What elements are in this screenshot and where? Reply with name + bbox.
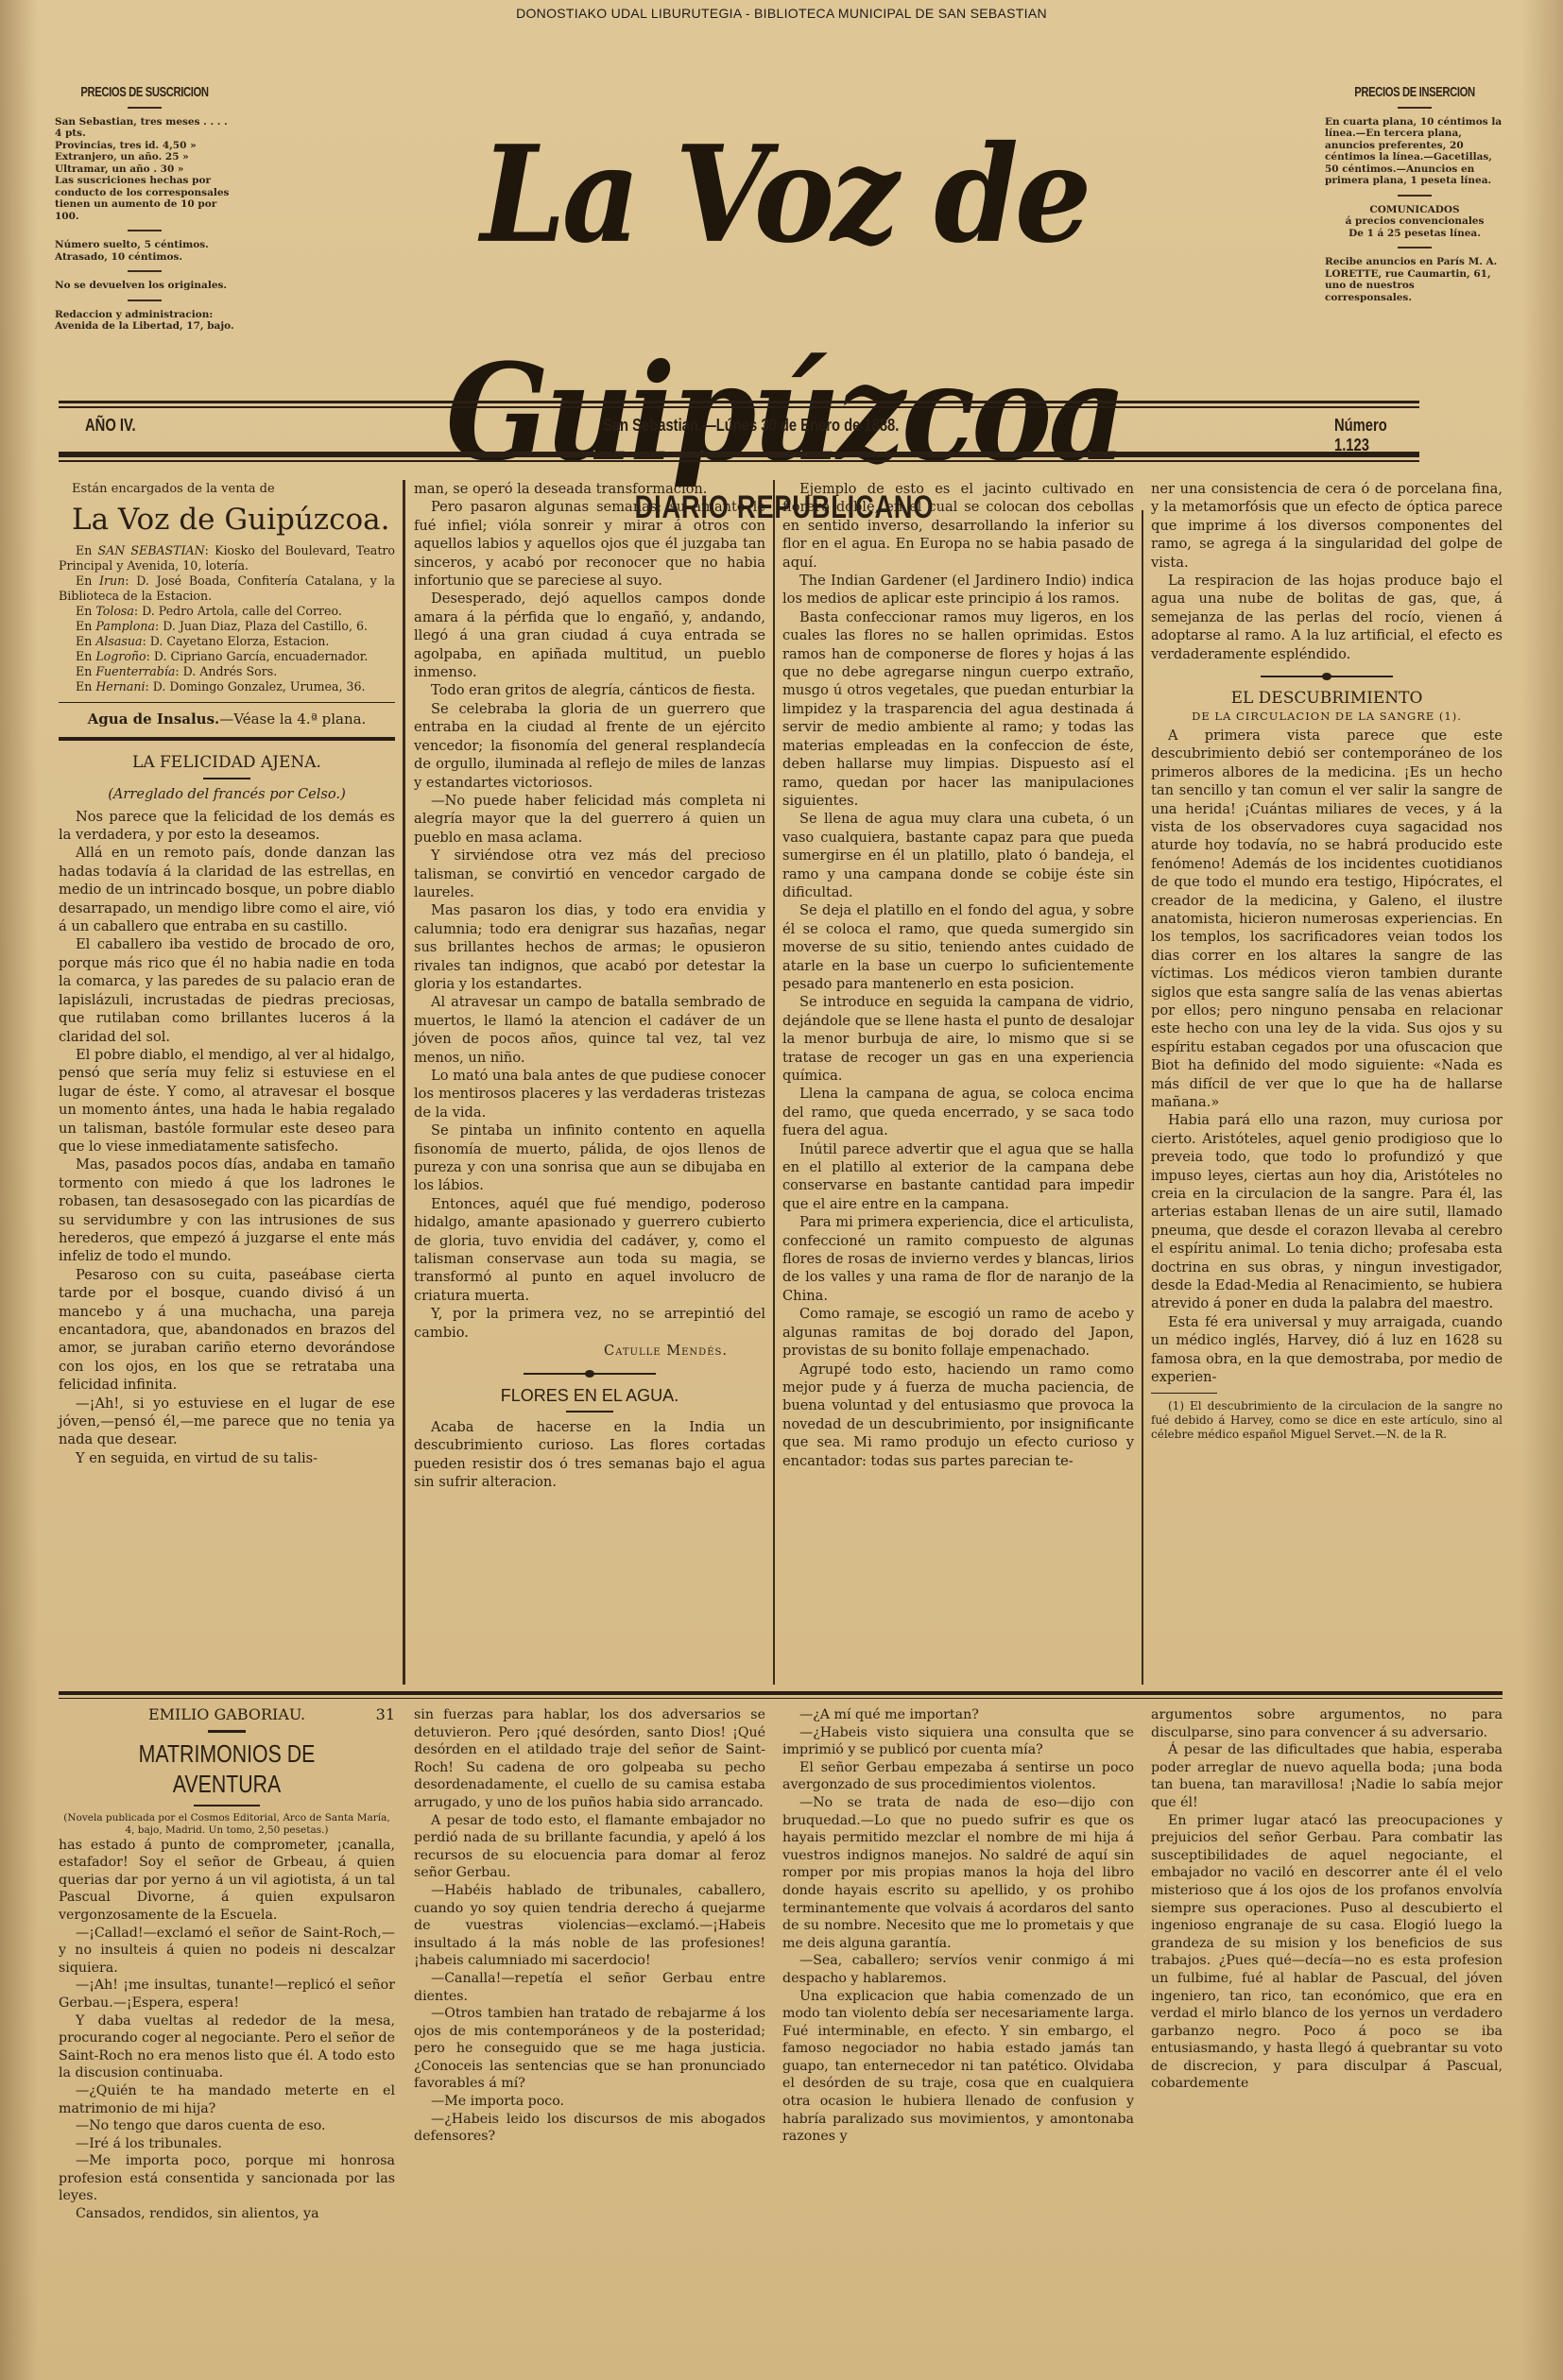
paragraph: En primer lugar atacó las preocupaciones… — [1151, 1812, 1503, 2094]
seller-item: En Hernani: D. Domingo Gonzalez, Urumea,… — [59, 679, 395, 694]
paragraph: —No tengo que daros cuenta de eso. — [59, 2117, 395, 2135]
subscription-line: Extranjero, un año. 25 » — [55, 151, 234, 163]
feuilleton-col-1: EMILIO GABORIAU. 31 MATRIMONIOS DE AVENT… — [59, 1706, 395, 2223]
paragraph: —¡Ah! ¡me insultas, tunante!—replicó el … — [59, 1977, 395, 2012]
paragraph: Acaba de hacerse en la India un descubri… — [414, 1418, 765, 1492]
paragraph: —Me importa poco, porque mi honrosa prof… — [59, 2152, 395, 2205]
column-2: man, se operó la deseada transformacion.… — [414, 480, 765, 1492]
ornament-divider — [524, 1370, 656, 1378]
article-title: FLORES EN EL AGUA. — [414, 1387, 765, 1405]
paragraph: —Sea, caballero; servíos venir conmigo á… — [782, 1952, 1134, 1987]
sellers-intro: Están encargados de la venta de — [72, 480, 395, 498]
ornament-divider — [1261, 673, 1393, 680]
paragraph: —¿Habeis leido los discursos de mis abog… — [414, 2111, 765, 2146]
paragraph: —No se trata de nada de eso—dijo con bru… — [782, 1794, 1134, 1952]
paragraph: Mas pasaron los dias, y todo era envidia… — [414, 901, 765, 993]
feuilleton-col-2: sin fuerzas para hablar, los dos adversa… — [414, 1706, 765, 2146]
feuilleton-author: EMILIO GABORIAU. — [148, 1705, 305, 1723]
paragraph: —¡Ah!, si yo estuviese en el lugar de es… — [59, 1395, 395, 1449]
insertion-title: PRECIOS DE INSERCION — [1348, 87, 1483, 99]
seller-item: En SAN SEBASTIAN: Kiosko del Boulevard, … — [59, 543, 395, 574]
feuilleton-header: EMILIO GABORIAU. 31 — [59, 1706, 395, 1724]
paragraph: Nos parece que la felicidad de los demás… — [59, 808, 395, 845]
single-issue-price: Número suelto, 5 céntimos. Atrasado, 10 … — [55, 239, 234, 263]
paragraph: argumentos sobre argumentos, no para dis… — [1151, 1706, 1503, 1741]
paragraph: Inútil parece advertir que el agua que s… — [782, 1140, 1134, 1214]
paragraph: ner una consistencia de cera ó de porcel… — [1151, 480, 1503, 572]
paragraph: —¡Callad!—exclamó el señor de Saint-Roch… — [59, 1925, 395, 1978]
paragraph: Allá en un remoto país, donde danzan las… — [59, 844, 395, 935]
article-byline: (Arreglado del francés por Celso.) — [59, 785, 395, 803]
paragraph: man, se operó la deseada transformacion. — [414, 480, 765, 498]
masthead: La Voz de Guipúzcoa DIARIO REPUBLICANO — [255, 106, 1314, 342]
paragraph: El caballero iba vestido de brocado de o… — [59, 935, 395, 1045]
paragraph: Se llena de agua muy clara una cubeta, ó… — [782, 810, 1134, 901]
originals-note: No se devuelven los originales. — [55, 280, 234, 292]
paragraph: —Me importa poco. — [414, 2093, 765, 2111]
column-divider — [773, 480, 775, 1685]
paragraph: Pesaroso con su cuita, paseábase cierta … — [59, 1266, 395, 1395]
paragraph: —Otros tambien han tratado de rebajarme … — [414, 2005, 765, 2093]
paragraph: Desesperado, dejó aquellos campos donde … — [414, 590, 765, 681]
feuilleton-col-4: argumentos sobre argumentos, no para dis… — [1151, 1706, 1503, 2093]
paragraph: Lo mató una bala antes de que pudiese co… — [414, 1067, 765, 1122]
paragraph: Entonces, aquél que fué mendigo, poderos… — [414, 1195, 765, 1305]
feuilleton-note: (Novela publicada por el Cosmos Editoria… — [59, 1812, 395, 1837]
feuilleton-rule-thin — [59, 1698, 1503, 1699]
subscription-line: Provincias, tres id. 4,50 » — [55, 140, 234, 152]
subscription-line: San Sebastian, tres meses . . . . 4 pts. — [55, 116, 234, 140]
insertion-box: PRECIOS DE INSERCION En cuarta plana, 10… — [1325, 87, 1504, 303]
top-rule-thin — [59, 406, 1419, 408]
seller-item: En Logroño: D. Cipriano García, encuader… — [59, 649, 395, 664]
paragraph: Llena la campana de agua, se coloca enci… — [782, 1085, 1134, 1139]
feuilleton-col-3: —¿A mí qué me importan? —¿Habeis visto s… — [782, 1706, 1134, 2146]
paragraph: Y daba vueltas al rededor de la mesa, pr… — [59, 2012, 395, 2082]
paragraph: —¿Quién te ha mandado meterte en el matr… — [59, 2082, 395, 2117]
paragraph: A pesar de todo esto, el flamante embaja… — [414, 1812, 765, 1882]
paragraph: A primera vista parece que este descubri… — [1151, 727, 1503, 1112]
paragraph: —No puede haber felicidad más completa n… — [414, 792, 765, 847]
paragraph: sin fuerzas para hablar, los dos adversa… — [414, 1706, 765, 1812]
feuilleton-rule — [59, 1691, 1503, 1695]
column-divider — [403, 480, 405, 1685]
paragraph: Ejemplo de esto es el jacinto cultivado … — [782, 480, 1134, 572]
paragraph: Como ramaje, se escogió un ramo de acebo… — [782, 1305, 1134, 1360]
paragraph: Pero pasaron algunas semanas; su amante … — [414, 498, 765, 590]
paragraph: Y sirviéndose otra vez más del precioso … — [414, 847, 765, 901]
seller-item: En Tolosa: D. Pedro Artola, calle del Co… — [59, 604, 395, 619]
paragraph: has estado á punto de comprometer, ¡cana… — [59, 1837, 395, 1925]
paragraph: El señor Gerbau empezaba á sentirse un p… — [782, 1759, 1134, 1794]
seller-item: En Pamplona: D. Juan Diaz, Plaza del Cas… — [59, 619, 395, 634]
paragraph: Y, por la primera vez, no se arrepintió … — [414, 1305, 765, 1342]
comunicados-line: De 1 á 25 pesetas línea. — [1325, 228, 1504, 240]
paragraph: The Indian Gardener (el Jardinero Indio)… — [782, 572, 1134, 608]
paragraph: Se introduce en seguida la campana de vi… — [782, 993, 1134, 1085]
comunicados-line: á precios convencionales — [1325, 215, 1504, 228]
feuilleton-title: MATRIMONIOS DE AVENTURA — [89, 1738, 365, 1799]
comunicados-title: COMUNICADOS — [1325, 204, 1504, 216]
paragraph: Á pesar de las dificultades que habia, e… — [1151, 1741, 1503, 1811]
paragraph: Se deja el platillo en el fondo del agua… — [782, 901, 1134, 993]
paragraph: Se pintaba un infinito contento en aquel… — [414, 1122, 765, 1195]
footnote: (1) El descubrimiento de la circulacion … — [1151, 1399, 1503, 1442]
paragraph: Cansados, rendidos, sin alientos, ya — [59, 2205, 395, 2223]
paragraph: —¿A mí qué me importan? — [782, 1706, 1134, 1724]
feuilleton-installment: 31 — [376, 1706, 395, 1724]
insertion-rates: En cuarta plana, 10 céntimos la línea.—E… — [1325, 116, 1504, 187]
paragraph: La respiracion de las hojas produce bajo… — [1151, 572, 1503, 663]
volume-year: AÑO IV. — [85, 416, 136, 436]
subscription-box: PRECIOS DE SUSCRICION San Sebastian, tre… — [55, 87, 234, 333]
seller-item: En Alsasua: D. Cayetano Elorza, Estacion… — [59, 634, 395, 649]
bottom-rule — [59, 452, 1419, 457]
top-rule — [59, 401, 1419, 403]
article-subtitle: DE LA CIRCULACION DE LA SANGRE (1). — [1151, 708, 1503, 726]
paragraph: El pobre diablo, el mendigo, al ver al h… — [59, 1046, 395, 1156]
issue-number: Número 1.123 — [1334, 416, 1404, 455]
office-address: Redaccion y administracion: Avenida de l… — [55, 309, 234, 333]
sellers-title: La Voz de Guipúzcoa. — [72, 500, 395, 539]
paragraph: Y en seguida, en virtud de su talis- — [59, 1449, 395, 1467]
paragraph: Todo eran gritos de alegría, cánticos de… — [414, 681, 765, 699]
subscription-line: Las suscriciones hechas por conducto de … — [55, 175, 234, 222]
paragraph: —Iré á los tribunales. — [59, 2135, 395, 2153]
archive-header: DONOSTIAKO UDAL LIBURUTEGIA - BIBLIOTECA… — [0, 6, 1563, 21]
column-4: ner una consistencia de cera ó de porcel… — [1151, 480, 1503, 1442]
paragraph: Basta confeccionar ramos muy ligeros, en… — [782, 608, 1134, 810]
column-1: Están encargados de la venta de La Voz d… — [59, 480, 395, 1467]
paragraph: —Habéis hablado de tribunales, caballero… — [414, 1882, 765, 1970]
column-divider — [1142, 510, 1143, 1685]
paragraph: Esta fé era universal y muy arraigada, c… — [1151, 1313, 1503, 1387]
article-title: EL DESCUBRIMIENTO — [1151, 690, 1503, 708]
seller-item: En Irun: D. José Boada, Confitería Catal… — [59, 574, 395, 604]
paragraph: —¿Habeis visto siquiera una consulta que… — [782, 1724, 1134, 1759]
seller-item: En Fuenterrabía: D. Andrés Sors. — [59, 664, 395, 679]
issue-date: San Sebastian.—Lúnes 30 de Enero de 1888… — [603, 416, 899, 436]
dateline: AÑO IV. San Sebastian.—Lúnes 30 de Enero… — [59, 416, 1419, 440]
column-3: Ejemplo de esto es el jacinto cultivado … — [782, 480, 1134, 1470]
subscription-title: PRECIOS DE SUSCRICION — [77, 87, 213, 99]
paragraph: Se celebraba la gloria de un guerrero qu… — [414, 700, 765, 792]
sellers-list: En SAN SEBASTIAN: Kiosko del Boulevard, … — [59, 543, 395, 694]
signature: Catulle Mendés. — [414, 1342, 765, 1360]
subscription-line: Ultramar, un año . 30 » — [55, 163, 234, 176]
bottom-rule-thin — [59, 460, 1419, 462]
paris-agent: Recibe anuncios en París M. A. LORETTE, … — [1325, 256, 1504, 303]
paragraph: —Canalla!—repetía el señor Gerbau entre … — [414, 1970, 765, 2005]
paragraph: Habia pará ello una razon, muy curiosa p… — [1151, 1111, 1503, 1312]
paragraph: Una explicacion que habia comenzado de u… — [782, 1988, 1134, 2146]
paragraph: Para mi primera experiencia, dice el art… — [782, 1213, 1134, 1305]
paragraph: Agrupé todo esto, haciendo un ramo como … — [782, 1361, 1134, 1470]
paragraph: Al atravesar un campo de batalla sembrad… — [414, 993, 765, 1067]
ad-insalus: Agua de Insalus.—Véase la 4.ª plana. — [59, 711, 395, 728]
article-title: LA FELICIDAD AJENA. — [59, 754, 395, 772]
paragraph: Mas, pasados pocos días, andaba en tamañ… — [59, 1156, 395, 1265]
